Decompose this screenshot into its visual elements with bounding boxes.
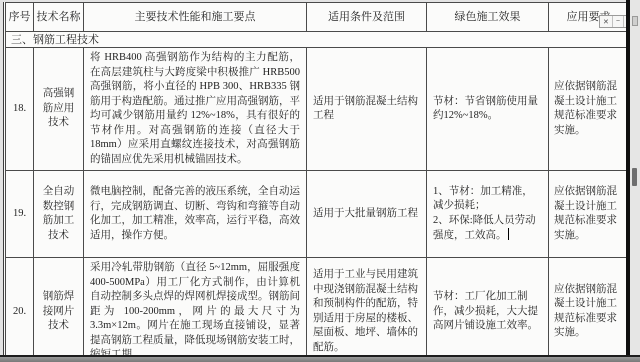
document-page[interactable]: 序号 技术名称 主要技术性能和施工要点 适用条件及范围 绿色施工效果 应用要求 … (3, 2, 627, 355)
green-effect-cell[interactable]: 1、节材：加工精准，减少损耗； 2、环保:降低人员劳动强度，工效高。 (427, 171, 549, 258)
row-no-cell[interactable]: 19. (6, 171, 34, 258)
application-cell[interactable]: 应依据钢筋混凝土设计施工规范标准要求实施。 (549, 171, 629, 258)
zoom-out-button[interactable]: − (612, 16, 623, 27)
document-viewer: 序号 技术名称 主要技术性能和施工要点 适用条件及范围 绿色施工效果 应用要求 … (0, 0, 640, 362)
scrollbar-thumb[interactable] (632, 168, 637, 186)
header-scope[interactable]: 适用条件及范围 (307, 3, 427, 32)
application-cell[interactable]: 应依据钢筋混凝土设计施工规范标准要求实施。 (549, 258, 629, 362)
table-header-row: 序号 技术名称 主要技术性能和施工要点 适用条件及范围 绿色施工效果 应用要求 (6, 3, 629, 32)
section-title[interactable]: 三、钢筋工程技术 (6, 32, 629, 48)
tech-name-cell[interactable]: 全自动数控钢筋加工技术 (34, 171, 84, 258)
scope-cell[interactable]: 适用于大批量钢筋工程 (307, 171, 427, 258)
details-cell[interactable]: 将 HRB400 高强钢筋作为结构的主力配筋，在高层建筑柱与大跨度梁中积极推广 … (84, 48, 307, 171)
tech-name-cell[interactable]: 高强钢筋应用技术 (34, 48, 84, 171)
page-bottom-edge (0, 355, 640, 362)
text-cursor (508, 228, 509, 240)
header-name[interactable]: 技术名称 (34, 3, 84, 32)
green-effect-text: 1、节材：加工精准，减少损耗； 2、环保:降低人员劳动强度，工效高。 (433, 186, 536, 242)
details-cell[interactable]: 微电脑控制，配备完善的液压系统，全自动运行，完成钢筋调直、切断、弯钩和弯箍等自动… (84, 171, 307, 258)
table-row: 20. 钢筋焊接网片技术 采用冷轧带肋钢筋（直径 5~12mm，屈服强度 400… (6, 258, 629, 362)
details-cell[interactable]: 采用冷轧带肋钢筋（直径 5~12mm，屈服强度 400-500MPa）用工厂化方… (84, 258, 307, 362)
application-cell[interactable]: 应依据钢筋混凝土设计施工规范标准要求实施。 (549, 48, 629, 171)
row-no-cell[interactable]: 18. (6, 48, 34, 171)
technology-table: 序号 技术名称 主要技术性能和施工要点 适用条件及范围 绿色施工效果 应用要求 … (5, 2, 629, 362)
zoom-control-fragment (632, 16, 638, 26)
row-no-cell[interactable]: 20. (6, 258, 34, 362)
table-row: 18. 高强钢筋应用技术 将 HRB400 高强钢筋作为结构的主力配筋，在高层建… (6, 48, 629, 171)
table-row: 19. 全自动数控钢筋加工技术 微电脑控制，配备完善的液压系统，全自动运行，完成… (6, 171, 629, 258)
tech-name-cell[interactable]: 钢筋焊接网片技术 (34, 258, 84, 362)
header-no[interactable]: 序号 (6, 3, 34, 32)
section-row: 三、钢筋工程技术 (6, 32, 629, 48)
header-details[interactable]: 主要技术性能和施工要点 (84, 3, 307, 32)
scope-cell[interactable]: 适用于钢筋混凝土结构工程 (307, 48, 427, 171)
green-effect-cell[interactable]: 节材：工厂化加工制作，减少损耗，大大提高网片铺设施工效率。 (427, 258, 549, 362)
green-effect-cell[interactable]: 节材：节省钢筋使用量约12%~18%。 (427, 48, 549, 171)
header-green[interactable]: 绿色施工效果 (427, 3, 549, 32)
scope-cell[interactable]: 适用于工业与民用建筑中现浇钢筋混凝土结构和预制构件的配筋，特别适用于房屋的楼板、… (307, 258, 427, 362)
close-icon[interactable]: ✕ (600, 16, 612, 27)
